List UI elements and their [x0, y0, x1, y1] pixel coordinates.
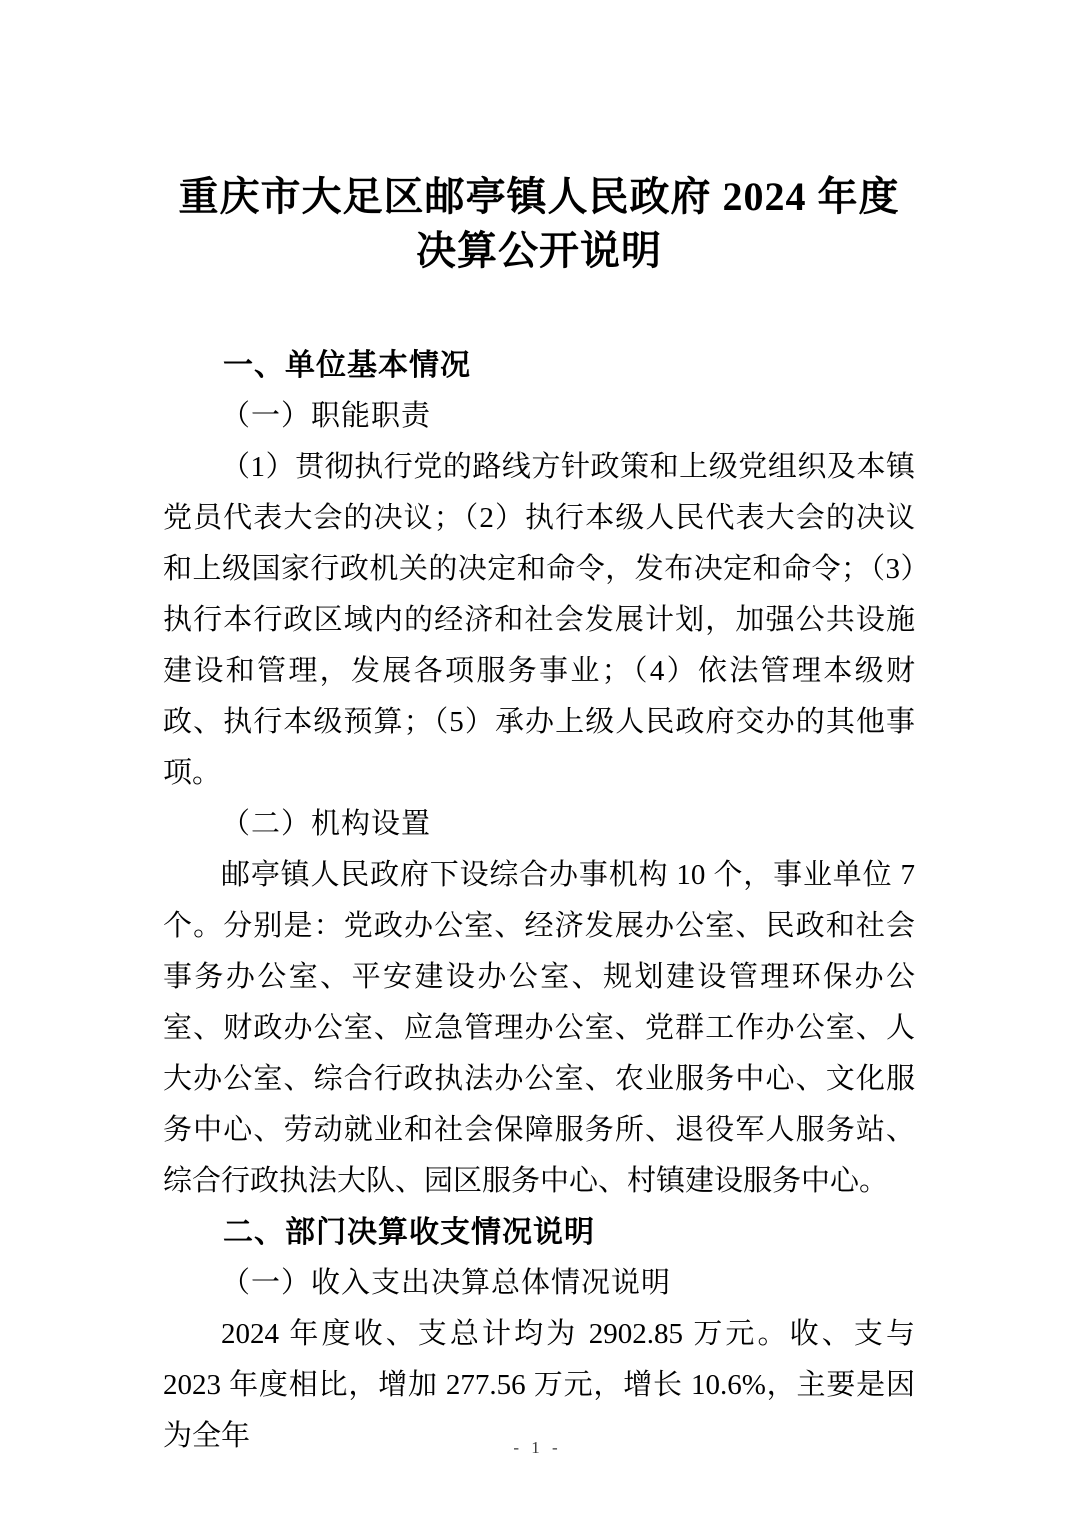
paragraph-organization-setup: 邮亭镇人民政府下设综合办事机构 10 个，事业单位 7 个。分别是：党政办公室、… [163, 850, 915, 1207]
paragraph-functions-duties: （1）贯彻执行党的路线方针政策和上级党组织及本镇党员代表大会的决议；（2）执行本… [163, 442, 915, 799]
subsection-heading-functions-duties: （一）职能职责 [163, 391, 915, 442]
section-heading-final-accounts: 二、部门决算收支情况说明 [163, 1207, 915, 1258]
section-heading-unit-basic-info: 一、单位基本情况 [163, 340, 915, 391]
subsection-heading-income-expenditure-overview: （一）收入支出决算总体情况说明 [163, 1258, 915, 1309]
document-page: 重庆市大足区邮亭镇人民政府 2024 年度 决算公开说明 一、单位基本情况 （一… [0, 0, 1075, 1462]
subsection-heading-organization-setup: （二）机构设置 [163, 799, 915, 850]
document-title-line-1: 重庆市大足区邮亭镇人民政府 2024 年度 [163, 170, 915, 224]
page-number: - 1 - [0, 1438, 1075, 1458]
document-body: 一、单位基本情况 （一）职能职责 （1）贯彻执行党的路线方针政策和上级党组织及本… [163, 340, 915, 1462]
document-title-line-2: 决算公开说明 [163, 224, 915, 278]
document-title: 重庆市大足区邮亭镇人民政府 2024 年度 决算公开说明 [163, 170, 915, 278]
